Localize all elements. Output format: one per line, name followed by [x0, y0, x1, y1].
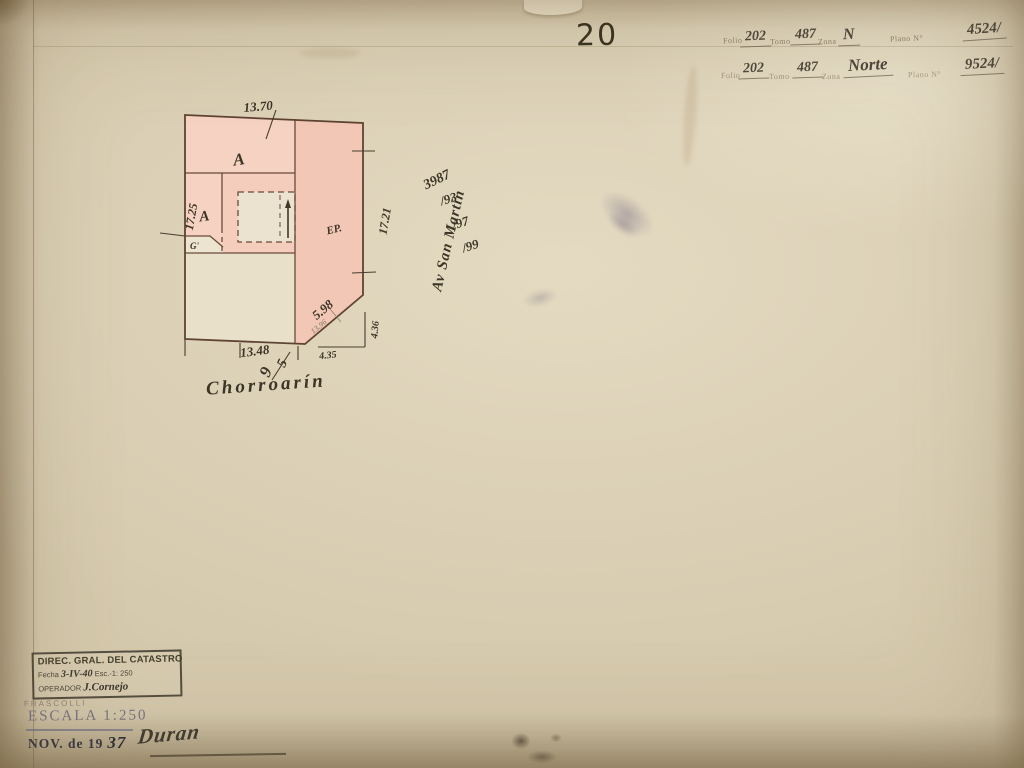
- operator-name-stamp: FRASCOLLI: [24, 698, 87, 708]
- tomo-label-row2: Tomo: [769, 72, 790, 81]
- parcel-ep: [295, 119, 363, 344]
- ink-spot: [508, 730, 534, 752]
- dim-bottom: 13.48: [239, 342, 270, 361]
- label-room-top: A: [231, 149, 246, 170]
- building-footprint-dashed: [238, 192, 295, 242]
- dim-left: 17.25: [182, 202, 200, 231]
- address-number-3: /97: [449, 213, 471, 233]
- zona-value-row1: N: [838, 26, 860, 47]
- plano-label-row2: Plano N°: [908, 70, 941, 80]
- plano-value-row1: 4524/: [961, 19, 1006, 41]
- escala-stamp: ESCALA 1:250: [28, 707, 148, 725]
- dimension-ticks: [160, 110, 376, 380]
- plano-label-row1: Plano N°: [890, 33, 923, 43]
- corner-stain: [0, 0, 46, 40]
- label-ep: EP.: [324, 222, 343, 238]
- signature-underline: [150, 753, 286, 757]
- scanned-cadastral-sheet: 20 Folio 202 Tomo 487 Zona N Plano N° 45…: [0, 0, 1024, 768]
- tomo-value-row2: 487: [792, 59, 824, 78]
- ink-spot: [522, 748, 562, 766]
- address-number-1: 3987: [420, 167, 454, 194]
- stamp-divider-line: [26, 729, 133, 731]
- address-number-4: /99: [459, 236, 481, 256]
- zona-label-row1: Zona: [818, 37, 837, 47]
- tomo-label-row1: Tomo: [770, 37, 791, 47]
- dim-chamfer: 5.98: [309, 296, 336, 322]
- page-number: 20: [576, 18, 619, 54]
- margin-rule-horizontal: [33, 46, 1013, 47]
- signature: Duran: [137, 719, 202, 750]
- dim-right: 17.21: [376, 207, 394, 236]
- address-number-2: /93: [437, 189, 459, 209]
- street-name-right: Av San Martín: [429, 188, 468, 294]
- date-stamp: NOV. de 1937: [28, 733, 126, 753]
- ink-smudge: [577, 167, 677, 260]
- tomo-value-row1: 487: [790, 26, 822, 45]
- dim-top: 13.70: [243, 97, 274, 115]
- zona-label-row2: Zona: [822, 72, 841, 81]
- zona-value-row2: Norte: [842, 54, 893, 79]
- parcel-strip-left: [185, 173, 222, 253]
- label-room-left: A: [197, 208, 210, 225]
- catastro-stamp-fecha-row: Fecha 3-IV-40 Esc.-1: 250: [38, 667, 176, 681]
- catastro-stamp-operador-row: OPERADOR J.Cornejo: [38, 680, 176, 695]
- parcel-g-corner: [185, 236, 223, 253]
- ink-smudge: [593, 199, 652, 251]
- operador-label: OPERADOR: [38, 684, 81, 694]
- ink-smudge: [513, 280, 567, 315]
- folio-value-row2: 202: [738, 60, 770, 79]
- parcel-middle: [222, 173, 295, 253]
- interior-boundaries: [185, 119, 295, 344]
- folio-value-row1: 202: [740, 28, 772, 47]
- paper-tear: [524, 0, 582, 15]
- fecha-label: Fecha: [38, 670, 59, 679]
- parcel-room-top: [185, 115, 295, 173]
- street-name-bottom: Chorroarín: [205, 370, 326, 399]
- label-g: G': [190, 241, 199, 251]
- ink-streak: [681, 66, 700, 167]
- dim-chamfer-horizontal: 4.35: [318, 349, 338, 362]
- escala-inline: Esc.-1: 250: [95, 668, 133, 678]
- parcel-bottom-left: [185, 253, 295, 344]
- operador-value: J.Cornejo: [83, 681, 128, 694]
- lot-number-left: 9: [255, 363, 276, 379]
- plano-value-row2: 9524/: [960, 55, 1005, 76]
- paper-stain: [300, 48, 360, 58]
- lot-number-right: 5: [275, 357, 292, 370]
- date-stamp-prefix: NOV. de 19: [28, 736, 103, 751]
- direction-arrow-head-icon: [285, 199, 291, 208]
- catastro-stamp-title: DIREC. GRAL. DEL CATASTRO: [38, 654, 176, 668]
- dim-chamfer-pencil: 13.96: [309, 317, 329, 335]
- fecha-value: 3-IV-40: [61, 668, 93, 680]
- ink-spot: [548, 732, 564, 744]
- parcel-outline: [185, 115, 363, 344]
- date-stamp-year: 37: [107, 733, 126, 752]
- catastro-stamp: DIREC. GRAL. DEL CATASTRO Fecha 3-IV-40 …: [32, 649, 183, 699]
- dim-chamfer-vertical: 4.36: [369, 321, 382, 340]
